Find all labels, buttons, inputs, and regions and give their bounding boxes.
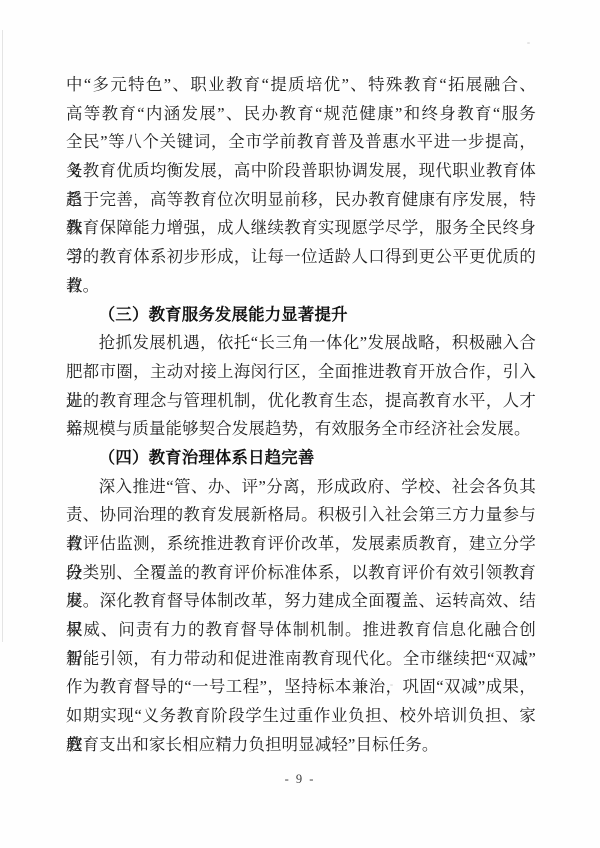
text-line: 教育保障能力增强，成人继续教育实现愿学尽学，服务全民终身学: [66, 214, 536, 243]
text-line: 权威、问责有力的教育督导体制机制。推进教育信息化融合创新、: [66, 616, 536, 645]
text-line: 养规模与质量能够契合发展趋势，有效服务全市经济社会发展。: [66, 415, 536, 444]
document-page: 中“多元特色”、职业教育“提质培优”、特殊教育“拓展融合、高等教育“内涵发展”、…: [0, 0, 600, 848]
text-line: 如期实现“义务教育阶段学生过重作业负担、校外培训负担、家庭: [66, 702, 536, 731]
text-line: 作为教育督导的“一号工程”，坚持标本兼治，巩固“双减”成果，: [66, 673, 536, 702]
text-line: 抢抓发展机遇，依托“长三角一体化”发展战略，积极融入合: [66, 329, 536, 358]
text-line: 趋于完善，高等教育位次明显前移，民办教育健康有序发展，特殊: [66, 186, 536, 215]
section-heading: （四）教育治理体系日趋完善: [66, 444, 536, 473]
text-line: 中“多元特色”、职业教育“提质培优”、特殊教育“拓展融合、: [66, 71, 536, 100]
text-area: 中“多元特色”、职业教育“提质培优”、特殊教育“拓展融合、高等教育“内涵发展”、…: [66, 71, 536, 760]
text-line: 分类别、全覆盖的教育评价标准体系，以教育评价有效引领教育发: [66, 559, 536, 588]
text-line: 育。: [66, 272, 536, 301]
text-line: 务教育优质均衡发展，高中阶段普职协调发展，现代职业教育体系: [66, 157, 536, 186]
text-line: 高等教育“内涵发展”、民办教育“规范健康”和终身教育“服务: [66, 100, 536, 129]
text-line: 深入推进“管、办、评”分离，形成政府、学校、社会各负其: [66, 473, 536, 502]
scan-edge-artifact: [2, 30, 3, 642]
text-line: 育评估监测，系统推进教育评价改革，发展素质教育，建立分学段、: [66, 530, 536, 559]
text-line: 展。深化教育督导体制改革，努力建成全面覆盖、运转高效、结果: [66, 587, 536, 616]
section-heading: （三）教育服务发展能力显著提升: [66, 301, 536, 330]
scan-speck: [527, 42, 530, 44]
text-line: 责、协同治理的教育发展新格局。积极引入社会第三方力量参与教: [66, 501, 536, 530]
text-line: 全民”等八个关键词，全市学前教育普及普惠水平进一步提高，义: [66, 128, 536, 157]
text-line: 教育支出和家长相应精力负担明显减轻”目标任务。: [66, 731, 536, 760]
text-line: 习的教育体系初步形成，让每一位适龄人口得到更公平更优质的教: [66, 243, 536, 272]
text-line: 进的教育理念与管理机制，优化教育生态，提高教育水平，人才培: [66, 387, 536, 416]
text-line: 肥都市圈，主动对接上海闵行区，全面推进教育开放合作，引入先: [66, 358, 536, 387]
page-number: - 9 -: [0, 772, 600, 787]
text-line: 智能引领，有力带动和促进淮南教育现代化。全市继续把“双减”: [66, 645, 536, 674]
